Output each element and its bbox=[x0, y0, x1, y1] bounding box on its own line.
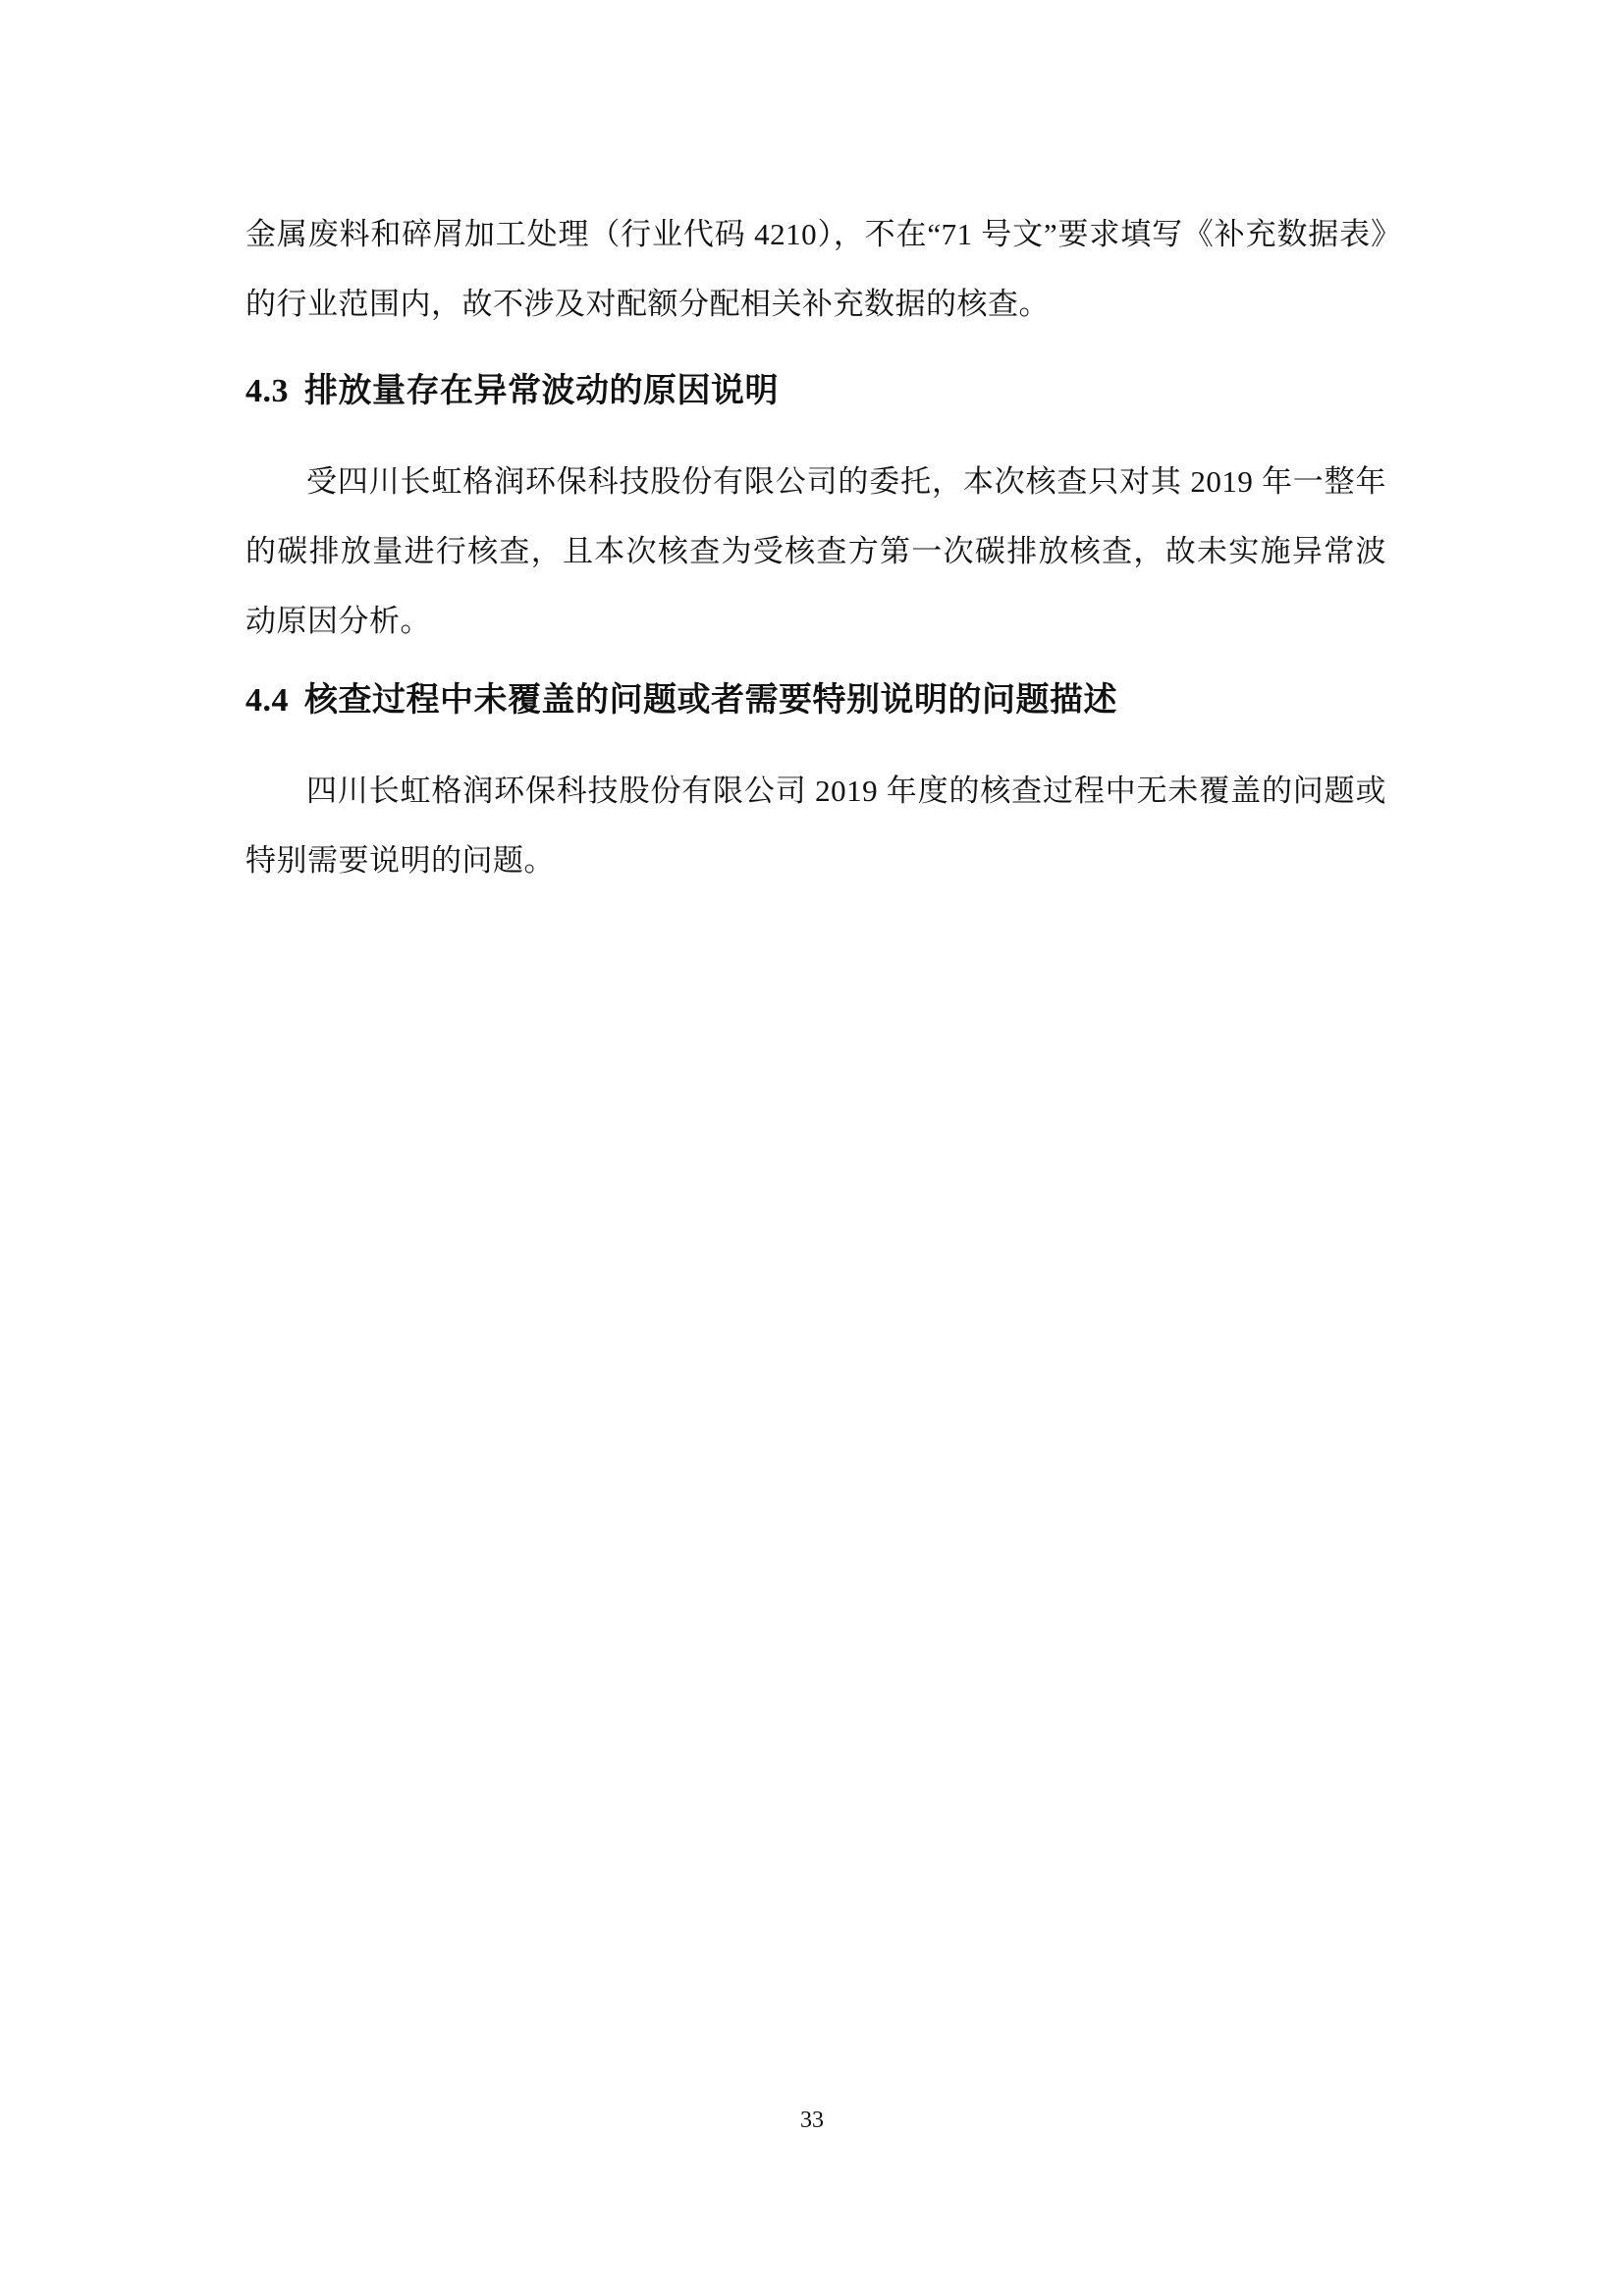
section-heading-4-4: 4.4核查过程中未覆盖的问题或者需要特别说明的问题描述 bbox=[245, 672, 1117, 721]
paragraph-uncovered-issues: 四川长虹格润环保科技股份有限公司 2019 年度的核查过程中无未覆盖的问题或特别… bbox=[245, 756, 1386, 895]
paragraph-fluctuation-reason: 受四川长虹格润环保科技股份有限公司的委托，本次核查只对其 2019 年一整年的碳… bbox=[245, 447, 1386, 656]
page-number: 33 bbox=[0, 2108, 1624, 2134]
paragraph-industry-scope: 金属废料和碎屑加工处理（行业代码 4210），不在“71 号文”要求填写《补充数… bbox=[245, 199, 1386, 339]
section-number: 4.3 bbox=[245, 373, 289, 409]
section-title: 排放量存在异常波动的原因说明 bbox=[304, 372, 779, 409]
document-page: 金属废料和碎屑加工处理（行业代码 4210），不在“71 号文”要求填写《补充数… bbox=[0, 0, 1624, 2296]
section-number: 4.4 bbox=[245, 682, 289, 719]
section-title: 核查过程中未覆盖的问题或者需要特别说明的问题描述 bbox=[304, 681, 1117, 719]
section-heading-4-3: 4.3排放量存在异常波动的原因说明 bbox=[245, 363, 779, 411]
